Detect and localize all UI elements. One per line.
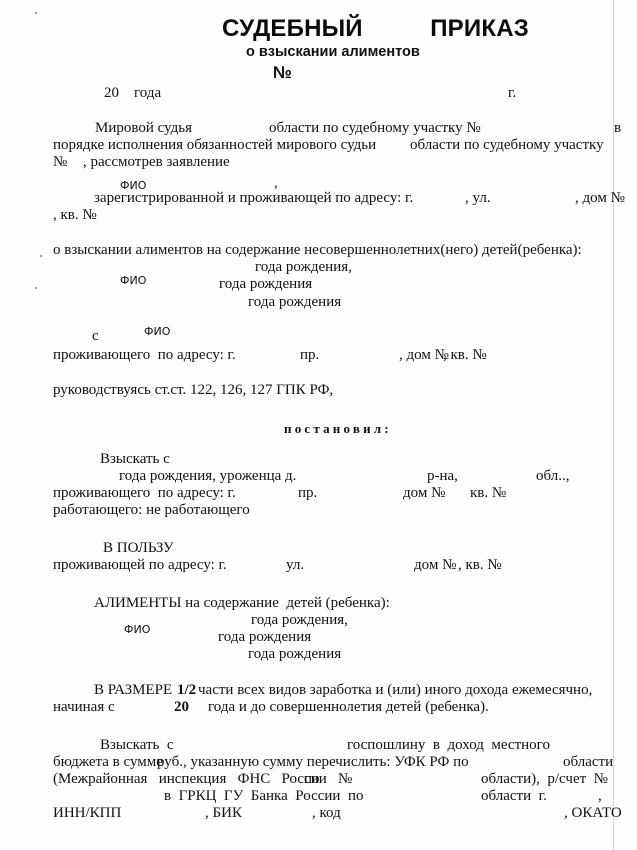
child-birth-year: года рождения <box>219 276 312 293</box>
intro-text: , кв. № <box>53 207 97 224</box>
legal-basis: руководствуясь ст.ст. 122, 126, 127 ГПК … <box>53 382 333 399</box>
claim-address: пр. <box>300 347 319 364</box>
intro-text: области по судебному участку № <box>269 120 481 137</box>
beneficiary-address: , кв. № <box>458 557 502 574</box>
beneficiary-address: дом № <box>414 557 456 574</box>
intro-text: , рассмотрев заявление <box>83 154 230 171</box>
amount-fraction: 1/2 <box>177 682 196 699</box>
amount-year: 20 <box>174 699 189 716</box>
intro-text: зарегистрированной и проживающей по адре… <box>94 190 413 207</box>
claim-text: о взыскании алиментов на содержание несо… <box>53 242 582 259</box>
claim-text: с <box>92 328 99 345</box>
intro-text: № <box>53 154 67 171</box>
claim-address: , дом № <box>399 347 449 364</box>
ruling-text: дом № <box>403 485 445 502</box>
ruling-text: проживающего по адресу: г. <box>53 485 236 502</box>
fee-text: области), р/счет № <box>481 771 608 788</box>
intro-text: , ул. <box>465 190 491 207</box>
child-birth-year: года рождения <box>218 629 311 646</box>
fio-placeholder: ФИО <box>120 272 146 289</box>
ruling-text: Взыскать с <box>100 451 170 468</box>
fio-placeholder: ФИО <box>124 621 150 638</box>
fee-text: области г. <box>481 788 547 805</box>
fee-text: руб., указанную сумму перечислить: УФК Р… <box>157 754 469 771</box>
child-birth-year: года рождения <box>248 294 341 311</box>
fio-placeholder: ФИО <box>144 323 170 340</box>
fee-text: ИНН/КПП <box>53 805 121 822</box>
document-title: СУДЕБНЫЙ ПРИКАЗ <box>222 16 529 42</box>
court-order-page: СУДЕБНЫЙ ПРИКАЗ о взыскании алиментов № … <box>0 0 637 850</box>
document-subtitle: о взыскании алиментов <box>246 44 420 61</box>
fee-text: бюджета в сумме <box>53 754 163 771</box>
fee-text: , код <box>312 805 341 822</box>
scan-speck <box>35 12 37 14</box>
intro-text: области по судебному участку <box>410 137 604 154</box>
ruling-text: работающего: не работающего <box>53 502 250 519</box>
child-birth-year: года рождения <box>248 646 341 663</box>
amount-text: В РАЗМЕРЕ <box>94 682 172 699</box>
ruling-text: пр. <box>298 485 317 502</box>
intro-text: , дом № <box>575 190 625 207</box>
scan-speck <box>35 287 37 289</box>
scan-speck <box>40 255 42 257</box>
decree-heading: постановил: <box>284 420 392 437</box>
ruling-text: года рождения, уроженца д. <box>119 468 296 485</box>
fee-text: , БИК <box>205 805 242 822</box>
ruling-text: р-на, <box>427 468 458 485</box>
fee-text: в ГРКЦ ГУ Банка России по <box>164 788 363 805</box>
claim-address: , кв. № <box>443 347 487 364</box>
order-number-label: № <box>273 64 292 81</box>
date-year: 20 <box>104 85 119 102</box>
child-birth-year: года рождения, <box>255 259 352 276</box>
intro-text: порядке исполнения обязанностей мирового… <box>53 137 376 154</box>
amount-text: начиная с <box>53 699 115 716</box>
amount-text: части всех видов заработка и (или) иного… <box>198 682 592 699</box>
beneficiary-address: проживающей по адресу: г. <box>53 557 227 574</box>
city-prefix: г. <box>508 85 516 102</box>
fee-text: госпошлину в доход местного <box>347 737 550 754</box>
amount-text: года и до совершеннолетия детей (ребенка… <box>208 699 489 716</box>
claim-address: проживающего по адресу: г. <box>53 347 236 364</box>
ruling-text: кв. № <box>470 485 506 502</box>
date-suffix: года <box>134 85 161 102</box>
beneficiary-label: В ПОЛЬЗУ <box>103 540 174 557</box>
fee-text: по <box>304 771 320 788</box>
fee-text: , <box>598 788 602 805</box>
fee-text: Взыскать с <box>100 737 174 754</box>
child-birth-year: года рождения, <box>251 612 348 629</box>
alimony-label: АЛИМЕНТЫ на содержание детей (ребенка): <box>94 595 390 612</box>
beneficiary-address: ул. <box>286 557 304 574</box>
fee-text: , ОКАТО <box>564 805 622 822</box>
intro-text: Мировой судья <box>95 120 192 137</box>
ruling-text: обл.., <box>536 468 570 485</box>
fee-text: области <box>563 754 613 771</box>
intro-text: в <box>614 120 621 137</box>
